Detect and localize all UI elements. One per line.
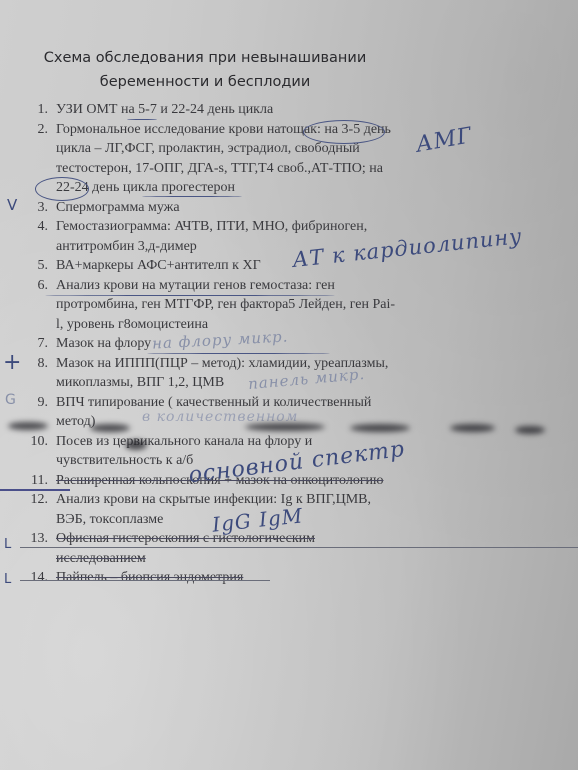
strike-line-item14 xyxy=(20,580,270,581)
item-number: 10. xyxy=(30,432,52,452)
list-item: 14.Пайпель – биопсия эндометрия xyxy=(30,568,420,588)
list-item: 3.Спермограмма мужа xyxy=(30,198,420,218)
check-mark-item3: V xyxy=(7,196,17,214)
item-text-line: Пайпель – биопсия эндометрия xyxy=(56,568,420,588)
handwritten-underline-progesteron xyxy=(142,196,242,197)
item-number: 8. xyxy=(30,354,52,374)
item-text-line: 22-24 день цикла прогестерон xyxy=(56,178,420,198)
item-text-line: Спермограмма мужа xyxy=(56,198,420,218)
item-number: 1. xyxy=(30,100,52,120)
redaction-smudge xyxy=(450,424,495,432)
item-number: 6. xyxy=(30,276,52,296)
list-item: 6.Анализ крови на мутации генов гемостаз… xyxy=(30,276,420,335)
item-number: 5. xyxy=(30,256,52,276)
strike-line-item13 xyxy=(20,547,578,548)
item-text-line: Мазок на ИППП(ПЦР – метод): хламидии, ур… xyxy=(56,354,420,374)
item-number: 4. xyxy=(30,217,52,237)
handwritten-amg: АМГ xyxy=(414,123,474,157)
item-text-line: протромбина, ген МТГФР, ген фактора5 Лей… xyxy=(56,295,420,315)
item-number: 7. xyxy=(30,334,52,354)
document-title: Схема обследования при невынашивании бер… xyxy=(0,46,410,94)
item-number: 2. xyxy=(30,120,52,140)
redaction-smudge xyxy=(350,424,410,432)
title-line-1: Схема обследования при невынашивании xyxy=(0,46,410,70)
strike-line-item11 xyxy=(0,489,70,491)
handwritten-underline-5-7 xyxy=(127,119,157,120)
item-text-line: Анализ крови на мутации генов гемостаза:… xyxy=(56,276,420,296)
item-text-line: Анализ крови на скрытые инфекции: Ig к В… xyxy=(56,490,420,510)
handwritten-circle-3-5-day xyxy=(303,120,385,144)
item-number: 11. xyxy=(30,471,52,491)
item-number: 13. xyxy=(30,529,52,549)
redaction-smudge xyxy=(515,426,545,434)
list-item: 1.УЗИ ОМТ на 5-7 и 22-24 день цикла xyxy=(30,100,420,120)
redaction-smudge xyxy=(245,423,325,431)
handwritten-underline-item6 xyxy=(45,295,335,296)
item-number: 3. xyxy=(30,198,52,218)
plus-mark-item8: + xyxy=(3,350,21,375)
item-number: 14. xyxy=(30,568,52,588)
redaction-smudge xyxy=(8,422,48,430)
item-text-line: Гемостазиограмма: АЧТВ, ПТИ, МНО, фибрин… xyxy=(56,217,420,237)
check-mark-item14: L xyxy=(4,572,11,587)
check-mark-item9: G xyxy=(5,392,16,408)
check-mark-item13: L xyxy=(4,537,11,552)
redaction-smudge xyxy=(125,440,147,450)
redaction-smudge xyxy=(90,424,130,432)
handwritten-circle-22-24 xyxy=(35,177,89,201)
item-text-line: исследованием xyxy=(56,549,420,569)
item-number: 12. xyxy=(30,490,52,510)
title-line-2: беременности и бесплодии xyxy=(0,70,410,94)
item-text-line: тестостерон, 17-ОПГ, ДГА-s, ТТГ,Т4 своб.… xyxy=(56,159,420,179)
item-text-line: УЗИ ОМТ на 5-7 и 22-24 день цикла xyxy=(56,100,420,120)
handwritten-underline-item7 xyxy=(147,353,330,354)
item-number: 9. xyxy=(30,393,52,413)
